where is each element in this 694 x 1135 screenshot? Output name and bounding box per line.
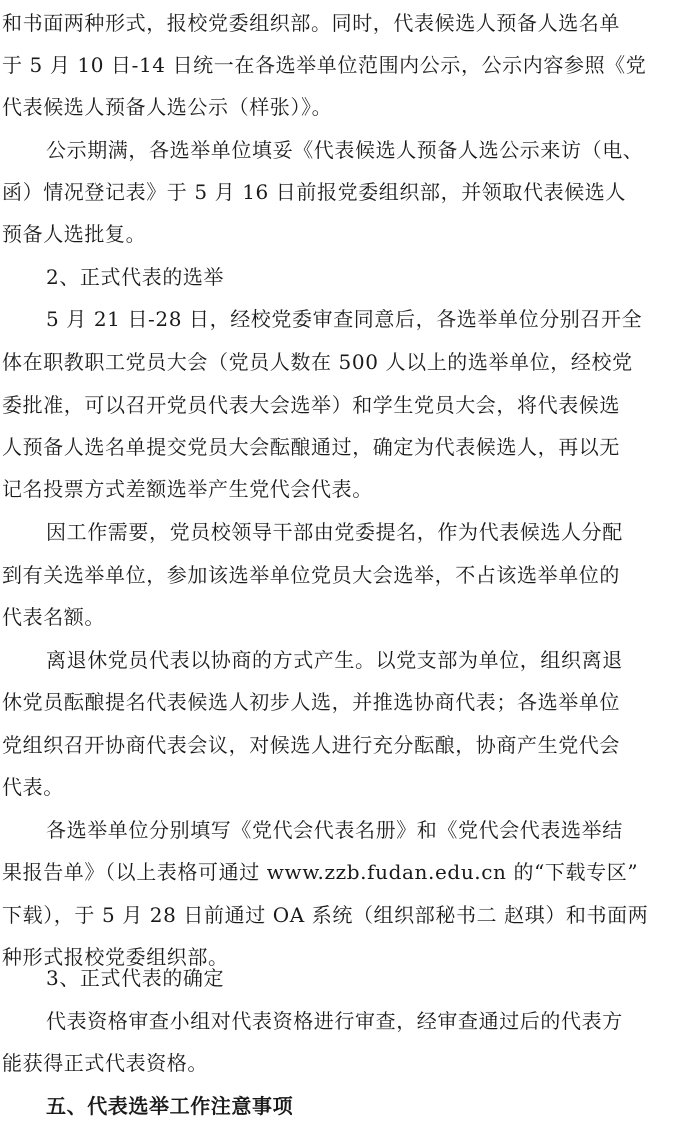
paragraph-line: 党组织召开协商代表会议，对候选人进行充分酝酿，协商产生党代会 (2, 726, 694, 764)
paragraph-line: 下载），于 5 月 28 日前通过 OA 系统（组织部秘书二 赵琪）和书面两 (2, 896, 694, 934)
paragraph-line: 人预备人选名单提交党员大会酝酿通过，确定为代表候选人，再以无 (2, 428, 694, 466)
paragraph-line: 因工作需要，党员校领导干部由党委提名，作为代表候选人分配 (46, 513, 694, 551)
paragraph-line: 和书面两种形式，报校党委组织部。同时，代表候选人预备人选名单 (2, 4, 694, 42)
paragraph-line: 预备人选批复。 (2, 215, 694, 253)
paragraph-line: 5 月 21 日-28 日，经校党委审查同意后，各选举单位分别召开全 (46, 300, 694, 338)
paragraph-line: 能获得正式代表资格。 (2, 1044, 694, 1082)
paragraph-line: 到有关选举单位，参加该选举单位党员大会选举，不占该选举单位的 (2, 556, 694, 594)
paragraph-line: 果报告单》（以上表格可通过 www.zzb.fudan.edu.cn 的“下载专… (2, 853, 694, 891)
paragraph-line: 于 5 月 10 日-14 日统一在各选举单位范围内公示，公示内容参照《党 (2, 46, 694, 84)
paragraph-line: 代表候选人预备人选公示（样张）》。 (2, 88, 694, 126)
paragraph-line: 代表。 (2, 768, 694, 806)
paragraph-line: 代表资格审查小组对代表资格进行审查，经审查通过后的代表方 (46, 1002, 694, 1040)
paragraph-line: 委批准，可以召开党员代表大会选举）和学生党员大会，将代表候选 (2, 386, 694, 424)
paragraph-line: 代表名额。 (2, 598, 694, 636)
section-heading: 五、代表选举工作注意事项 (46, 1087, 694, 1125)
paragraph-line: 离退休党员代表以协商的方式产生。以党支部为单位，组织离退 (46, 641, 694, 679)
paragraph-line: 函）情况登记表》于 5 月 16 日前报党委组织部，并领取代表候选人 (2, 173, 694, 211)
section-subheading: 3、正式代表的确定 (46, 959, 694, 997)
paragraph-line: 体在职教职工党员大会（党员人数在 500 人以上的选举单位，经校党 (2, 343, 694, 381)
paragraph-line: 休党员酝酿提名代表候选人初步人选，并推选协商代表；各选举单位 (2, 683, 694, 721)
section-subheading: 2、正式代表的选举 (46, 258, 694, 296)
paragraph-line: 各选举单位分别填写《党代会代表名册》和《党代会代表选举结 (46, 811, 694, 849)
paragraph-line: 公示期满，各选举单位填妥《代表候选人预备人选公示来访（电、 (46, 131, 694, 169)
paragraph-line: 记名投票方式差额选举产生党代会代表。 (2, 470, 694, 508)
document-page: 和书面两种形式，报校党委组织部。同时，代表候选人预备人选名单 于 5 月 10 … (0, 0, 694, 1135)
